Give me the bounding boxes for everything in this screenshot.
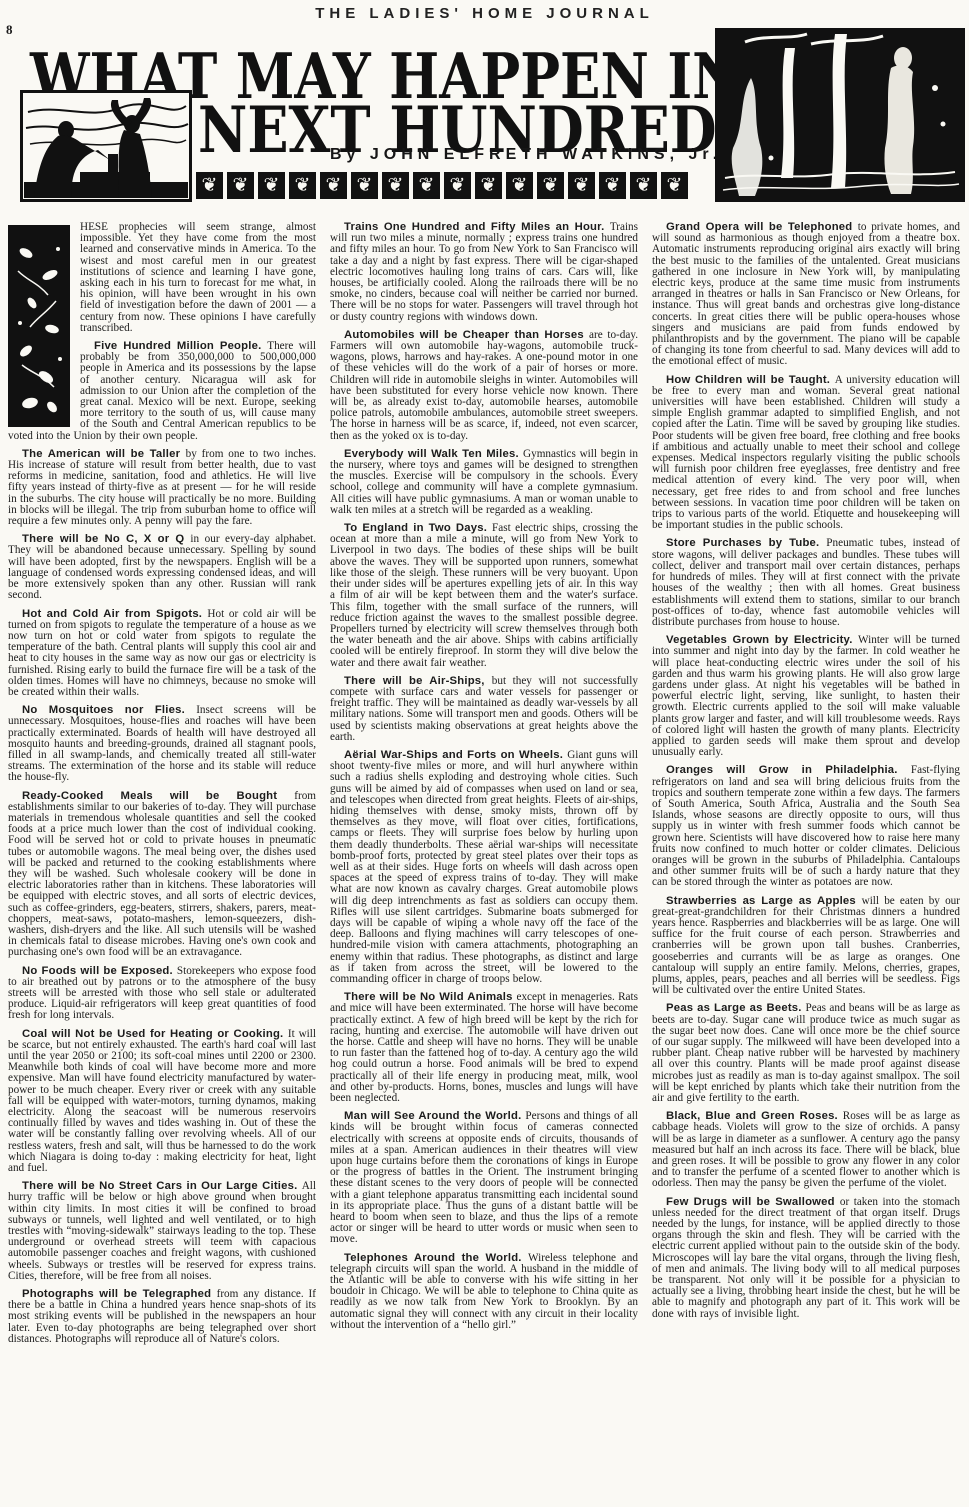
paragraph-heading: Telephones Around the World. (344, 1252, 528, 1264)
floral-ornament-icon: ❦ (258, 172, 285, 199)
paragraph-heading: Trains One Hundred and Fifty Miles an Ho… (344, 221, 610, 233)
paragraph: Oranges will Grow in Philadelphia. Fast-… (652, 765, 960, 888)
woodcut-workers-illustration (20, 90, 192, 202)
paragraph: No Mosquitoes nor Flies. Insect screens … (8, 705, 316, 783)
floral-ornament-icon: ❦ (568, 172, 595, 199)
paragraph-heading: Photographs will be Telegraphed (22, 1288, 217, 1300)
paragraph: No Foods will be Exposed. Storekeepers w… (8, 966, 316, 1022)
paragraph: Store Purchases by Tube. Pneumatic tubes… (652, 538, 960, 628)
column-2: Trains One Hundred and Fifty Miles an Ho… (330, 222, 638, 1352)
paragraph-heading: Peas as Large as Beets. (666, 1002, 806, 1014)
decorative-initial-woodcut (8, 225, 70, 427)
paragraph: Man will See Around the World. Persons a… (330, 1111, 638, 1245)
paragraph-heading: There will be No Wild Animals (344, 991, 516, 1003)
paragraph: The American will be Taller by from one … (8, 449, 316, 527)
paragraph: There will be No C, X or Q in our every-… (8, 534, 316, 601)
paragraph-heading: Aërial War-Ships and Forts on Wheels. (344, 749, 567, 761)
paragraph-heading: Vegetables Grown by Electricity. (666, 634, 858, 646)
paragraph: Few Drugs will be Swallowed or taken int… (652, 1197, 960, 1320)
floral-ornament-icon: ❦ (227, 172, 254, 199)
paragraph-heading: Strawberries as Large as Apples (666, 895, 862, 907)
column-1: HESE prophecies will seem strange, almos… (8, 222, 316, 1352)
paragraph-heading: No Foods will be Exposed. (22, 965, 177, 977)
paragraph: Coal will Not be Used for Heating or Coo… (8, 1029, 316, 1175)
paragraph: Grand Opera will be Telephoned to privat… (652, 222, 960, 368)
paragraph: Hot and Cold Air from Spigots. Hot or co… (8, 609, 316, 699)
paragraph: Peas as Large as Beets. Peas and beans w… (652, 1003, 960, 1104)
article-body: HESE prophecies will seem strange, almos… (8, 222, 965, 1352)
floral-ornament-icon: ❦ (661, 172, 688, 199)
paragraph: There will be No Street Cars in Our Larg… (8, 1181, 316, 1282)
byline: By JOHN ELFRETH WATKINS, Jr. (330, 146, 722, 164)
paragraph-heading: There will be Air-Ships, (344, 675, 492, 687)
paragraph: Everybody will Walk Ten Miles. Gymnastic… (330, 449, 638, 516)
paragraph: Telephones Around the World. Wireless te… (330, 1253, 638, 1331)
paragraph-heading: Ready-Cooked Meals will be Bought (22, 790, 294, 802)
paragraph: Aërial War-Ships and Forts on Wheels. Gi… (330, 750, 638, 985)
paragraph-heading: There will be No Street Cars in Our Larg… (22, 1180, 302, 1192)
paragraph: How Children will be Taught. A universit… (652, 375, 960, 532)
floral-ornament-icon: ❦ (506, 172, 533, 199)
journal-title: THE LADIES' HOME JOURNAL (0, 5, 969, 22)
floral-ornament-icon: ❦ (351, 172, 378, 199)
paragraph-heading: No Mosquitoes nor Flies. (22, 704, 196, 716)
floral-ornament-icon: ❦ (320, 172, 347, 199)
paragraph-heading: Man will See Around the World. (344, 1110, 525, 1122)
floral-ornament-icon: ❦ (289, 172, 316, 199)
paragraph: Strawberries as Large as Apples will be … (652, 896, 960, 997)
paragraph-heading: Oranges will Grow in Philadelphia. (666, 764, 911, 776)
floral-ornament-icon: ❦ (382, 172, 409, 199)
paragraph-heading: Few Drugs will be Swallowed (666, 1196, 840, 1208)
paragraph: Vegetables Grown by Electricity. Winter … (652, 635, 960, 758)
column-3: Grand Opera will be Telephoned to privat… (652, 222, 960, 1352)
paragraph-heading: How Children will be Taught. (666, 374, 835, 386)
floral-ornament-icon: ❦ (475, 172, 502, 199)
paragraph: Automobiles will be Cheaper than Horses … (330, 330, 638, 442)
paragraph: To England in Two Days. Fast electric sh… (330, 523, 638, 669)
paragraph-heading: Black, Blue and Green Roses. (666, 1110, 843, 1122)
paragraph-heading: Automobiles will be Cheaper than Horses (344, 329, 589, 341)
woodcut-forest-figure-illustration (715, 28, 965, 202)
floral-ornament-icon: ❦ (196, 172, 223, 199)
paragraph-heading: The American will be Taller (22, 448, 186, 460)
floral-ornament-icon: ❦ (537, 172, 564, 199)
paragraph-heading: There will be No C, X or Q (22, 533, 190, 545)
paragraph-heading: Hot and Cold Air from Spigots. (22, 608, 207, 620)
paragraph-heading: Everybody will Walk Ten Miles. (344, 448, 523, 460)
magazine-page: THE LADIES' HOME JOURNAL 8 WHAT MAY HAPP… (0, 0, 969, 1507)
paragraph-heading: Five Hundred Million People. (94, 340, 267, 352)
paragraph-heading: Grand Opera will be Telephoned (666, 221, 858, 233)
paragraph: Black, Blue and Green Roses. Roses will … (652, 1111, 960, 1189)
paragraph-heading: To England in Two Days. (344, 522, 492, 534)
floral-ornament-icon: ❦ (630, 172, 657, 199)
floral-ornament-icon: ❦ (599, 172, 626, 199)
paragraph: Photographs will be Telegraphed from any… (8, 1289, 316, 1345)
paragraph: Ready-Cooked Meals will be Bought from e… (8, 791, 316, 959)
masthead: WHAT MAY HAPPEN IN THE NEXT HUNDRED YEAR… (0, 26, 969, 222)
paragraph: Trains One Hundred and Fifty Miles an Ho… (330, 222, 638, 323)
paragraph: There will be No Wild Animals except in … (330, 992, 638, 1104)
paragraph-heading: Store Purchases by Tube. (666, 537, 826, 549)
floral-ornament-icon: ❦ (444, 172, 471, 199)
floral-ornament-icon: ❦ (413, 172, 440, 199)
ornament-row: ❦❦❦❦❦❦❦❦❦❦❦❦❦❦❦❦ (196, 172, 688, 199)
paragraph-heading: Coal will Not be Used for Heating or Coo… (22, 1028, 288, 1040)
paragraph: There will be Air-Ships, but they will n… (330, 676, 638, 743)
